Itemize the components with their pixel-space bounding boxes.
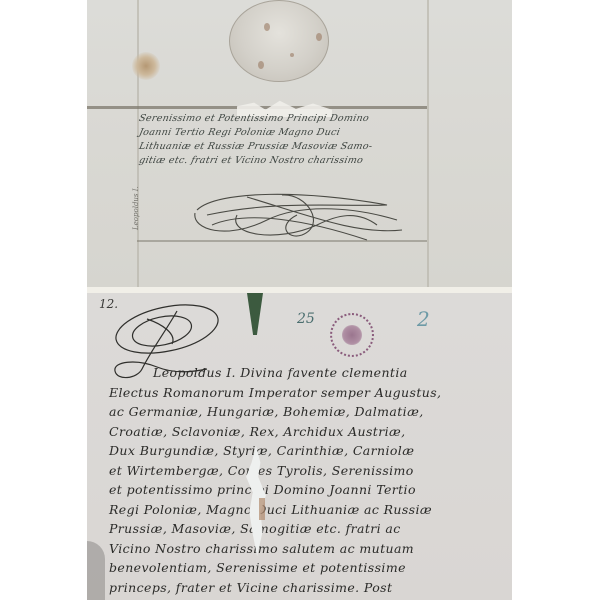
letter-line: Leopoldus I. Divina favente clementia (109, 363, 509, 383)
letter-line: Croatiæ, Sclavoniæ, Rex, Archidux Austri… (109, 422, 509, 442)
address-line: Serenissimo et Potentissimo Principi Dom… (138, 112, 381, 126)
letter-line: et Wirtembergæ, Comes Tyrolis, Serenissi… (109, 461, 509, 481)
letter-line: et potentissimo principi Domino Joanni T… (109, 480, 509, 500)
page-number: 2 (417, 307, 430, 331)
letter-line: Regi Poloniæ, Magno Duci Lithuaniæ ac Ru… (109, 500, 509, 520)
letter-line: benevolentiam, Serenissime et potentissi… (109, 558, 509, 578)
address-line: gitiæ etc. fratri et Vicino Nostro chari… (138, 154, 381, 168)
envelope-panel: Serenissimo et Potentissimo Principi Dom… (87, 0, 512, 287)
archive-number: 25 (297, 311, 315, 327)
corner-shadow (87, 541, 105, 600)
address-line: Joanni Tertio Regi Poloniæ Magno Duci (138, 126, 381, 140)
letter-line: Electus Romanorum Imperator semper Augus… (109, 383, 509, 403)
address-line: Lithuaniæ et Russiæ Prussiæ Masoviæ Samo… (138, 140, 381, 154)
letter-line: Dux Burgundiæ, Styriæ, Carinthiæ, Carnio… (109, 441, 509, 461)
ribbon-icon (247, 293, 263, 335)
calligraphic-flourish-icon (187, 185, 407, 245)
water-stain (132, 52, 160, 80)
letter-line: ac Germaniæ, Hungariæ, Bohemiæ, Dalmatiæ… (109, 402, 509, 422)
letter-line: Vicino Nostro charissimo salutem ac mutu… (109, 539, 509, 559)
document-photograph: Serenissimo et Potentissimo Principi Dom… (87, 0, 512, 600)
letter-panel: 12. 25 2 Leopoldus I. Divina favente cle… (87, 293, 512, 600)
side-annotation: Leopoldus I. (132, 186, 140, 230)
archive-stamp-icon (330, 313, 374, 357)
letter-body: Leopoldus I. Divina favente clementia El… (109, 363, 509, 597)
paper-damage (259, 498, 265, 520)
letter-line: princeps, frater et Vicine charissime. P… (109, 578, 509, 598)
wax-seal-icon (229, 0, 329, 82)
fold-line (427, 0, 429, 287)
letter-line: Prussiæ, Masoviæ, Samogitiæ etc. fratri … (109, 519, 509, 539)
